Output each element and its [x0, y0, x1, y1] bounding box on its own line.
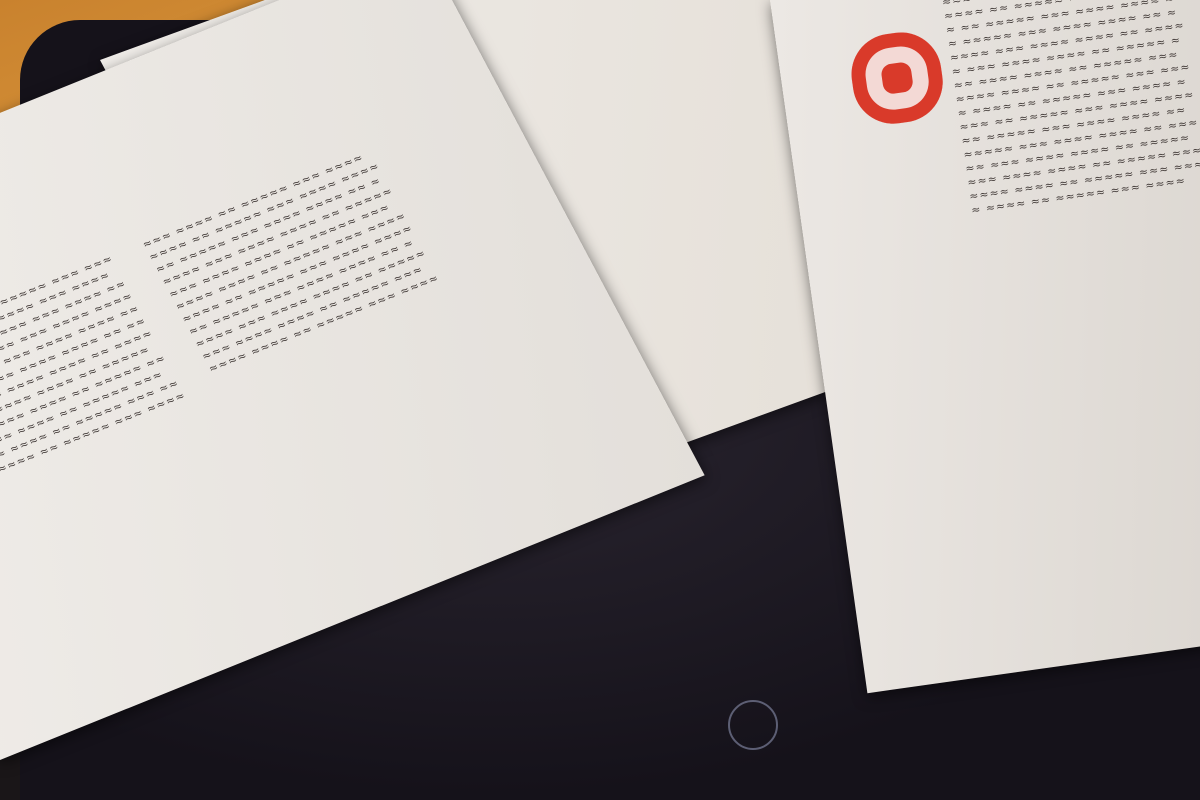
library-stamp — [728, 700, 778, 750]
right-manuscript-text: ≈≈≈ ≈≈≈≈ ≈≈ ≈≈≈≈≈ ≈≈≈ ≈≈≈≈ ≈≈≈≈ ≈≈ ≈≈≈≈≈… — [941, 0, 1200, 630]
decorated-initial — [846, 27, 948, 129]
manuscript-photo: ≈≈≈ ≈≈≈≈ ≈≈ ≈≈≈≈≈ ≈≈≈ ≈≈≈≈ ≈≈≈≈ ≈≈ ≈≈≈≈≈… — [0, 0, 1200, 800]
